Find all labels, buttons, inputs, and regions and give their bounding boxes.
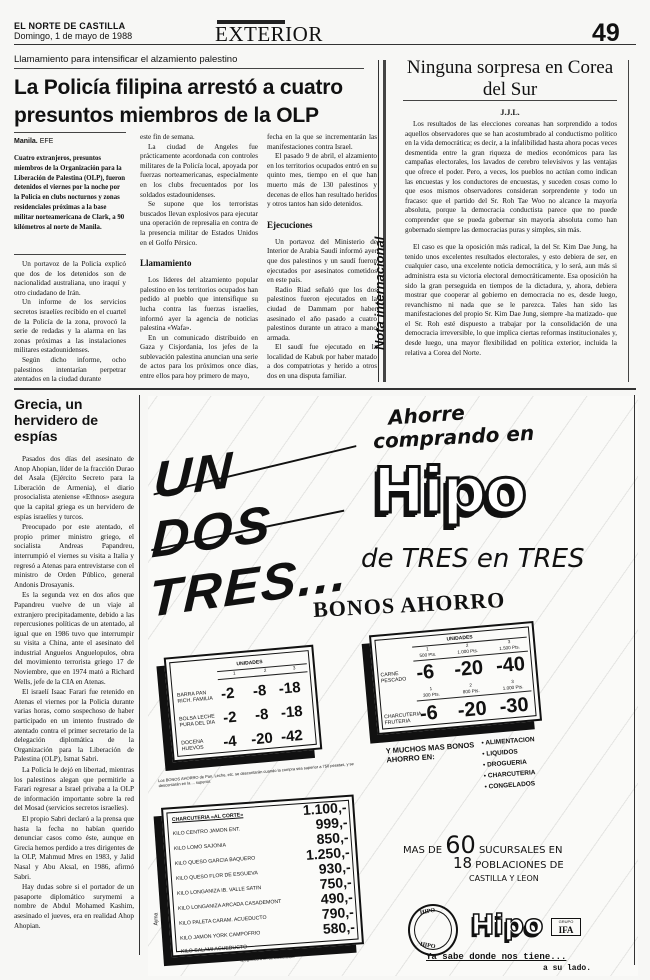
- card-value: -20: [453, 657, 484, 682]
- paragraph: La Policía le dejó en libertad, mientras…: [14, 766, 134, 814]
- lead-kicker: Llamamiento para intensificar el alzamie…: [14, 54, 237, 65]
- card-value: -20: [457, 697, 488, 722]
- ad-right-border: [634, 395, 635, 965]
- newspaper-name: EL NORTE DE CASTILLA: [14, 21, 125, 31]
- paragraph: El pasado 9 de abril, el alzamiento en l…: [267, 152, 377, 210]
- card-value: -8: [252, 682, 267, 700]
- ad-branches: MAS DE 60 SUCURSALES EN 18 POBLACIONES D…: [403, 839, 603, 885]
- category-item: CONGELADOS: [484, 778, 538, 793]
- grecia-headline: Grecia, un hervidero de espías: [14, 396, 134, 444]
- summary-rule: [14, 254, 126, 255]
- subhead-ejecuciones: Ejecuciones: [267, 220, 377, 230]
- nota-title: Ninguna sorpresa en Corea del Sur: [400, 57, 620, 101]
- charcuteria-price-list: CHARCUTERIA «AL CORTE» KILO CENTRO JAMON…: [161, 794, 364, 957]
- paragraph: Un portavoz de la Policía explicó que do…: [14, 260, 126, 298]
- card-value: -30: [499, 694, 530, 719]
- lead-column-3: fecha en la que se incrementarán las man…: [267, 133, 377, 382]
- paragraph: El caso es que la oposición más radical,…: [405, 243, 617, 358]
- paragraph: Según dicho informe, ocho palestinos int…: [14, 356, 126, 385]
- ad-artist-signature: Ayma: [153, 913, 159, 926]
- paragraph: Radio Riad señaló que los dos palestinos…: [267, 286, 377, 344]
- paragraph: Preocupado por este atentado, el propio …: [14, 523, 134, 590]
- section-divider: [14, 388, 636, 390]
- branches-text: SUCURSALES EN: [479, 845, 563, 856]
- nota-title-rule: [403, 100, 617, 101]
- nota-right-border: [628, 60, 629, 382]
- paragraph: En un comunicado distribuido en Gaza y C…: [140, 334, 258, 382]
- ad-muchos-mas: Y MUCHOS MAS BONOS AHORRO EN:: [385, 740, 486, 765]
- towns-text: POBLACIONES DE: [475, 860, 563, 871]
- nota-body: Los resultados de las elecciones coreana…: [405, 120, 617, 366]
- masthead-rule: [14, 44, 636, 45]
- grecia-body: Pasados dos días del asesinato de Anop A…: [14, 455, 134, 932]
- column-divider: [139, 395, 140, 955]
- paragraph: fecha en la que se incrementarán las man…: [267, 133, 377, 152]
- hipo-advertisement: UN DOS TRES... Ahorre comprando en Hipo …: [148, 396, 638, 976]
- paragraph: Hay dudas sobre si el portador de un pas…: [14, 883, 134, 931]
- lead-column-2: este fin de semana. La ciudad de Angeles…: [140, 133, 258, 382]
- card-value: -18: [280, 703, 303, 722]
- paragraph: Los líderes del alzamiento popular pales…: [140, 276, 258, 334]
- paragraph: este fin de semana.: [140, 133, 258, 143]
- bonos-card-fresh: UNIDADES 1 500 Pts. 2 1.000 Pts. 3 1.500…: [369, 621, 542, 735]
- paragraph: Se supone que los terroristas buscados l…: [140, 200, 258, 248]
- byline-agency: EFE: [40, 138, 54, 145]
- region-text: CASTILLA Y LEON: [403, 872, 603, 885]
- card-value: -18: [278, 679, 301, 698]
- grupo-ifa-badge: GRUPO IFA: [551, 918, 581, 936]
- paragraph: Un informe de los servicios secretos isr…: [14, 298, 126, 356]
- card-value: -6: [415, 661, 435, 685]
- byline-rule: [14, 132, 126, 133]
- card-row-label: DOCENA HUEVOS: [181, 739, 204, 753]
- card-value: -6: [419, 702, 439, 726]
- card-value: -42: [280, 727, 303, 746]
- paragraph: Un portavoz del Ministerio de Interior d…: [267, 238, 377, 286]
- card-value: -2: [222, 709, 237, 727]
- card-value: -8: [254, 706, 269, 724]
- issue-date: Domingo, 1 de mayo de 1988: [14, 31, 132, 41]
- item-price: 580,-: [322, 919, 355, 937]
- nota-label: Nota internacional: [372, 210, 387, 350]
- card-value: -20: [250, 730, 273, 749]
- ad-fineprint: Los BONOS AHORRO de Pan, Leche, etc. se …: [158, 760, 368, 788]
- paragraph: El israelí Isaac Farari fue retenido en …: [14, 688, 134, 765]
- towns-count: 18: [453, 854, 472, 872]
- bonos-card-basics: UNIDADES 1 2 3 BARRA PAN RICH. FAMILIA -…: [164, 645, 323, 763]
- ad-tres-en-tres: de TRES en TRES: [361, 544, 585, 574]
- nota-label-wrap: Nota internacional: [372, 210, 392, 350]
- card-value: -2: [220, 685, 235, 703]
- grupo-label: GRUPO: [559, 919, 574, 924]
- byline: Manila. EFE: [14, 138, 53, 145]
- paragraph: La ciudad de Angeles fue prácticamente a…: [140, 143, 258, 201]
- ad-tagline: Ya sabe donde nos tiene...: [426, 952, 566, 962]
- byline-place: Manila.: [14, 138, 38, 145]
- hipo-logo-small: Hipo: [471, 908, 543, 941]
- lead-summary: Cuatro extranjeros, presuntos miembros d…: [14, 154, 126, 232]
- paragraph: Los resultados de las elecciones coreana…: [405, 120, 617, 235]
- paragraph: Es la segunda vez en dos años que Papand…: [14, 591, 134, 687]
- grupo-name: IFA: [552, 925, 580, 935]
- hipo-logo-large: Hipo: [373, 458, 525, 524]
- lead-column-1: Un portavoz de la Policía explicó que do…: [14, 260, 126, 385]
- kicker-rule: [14, 68, 364, 69]
- ad-categories: ALIMENTACION LIQUIDOS DROGUERIA CHARCUTE…: [481, 734, 538, 793]
- paragraph: Pasados dos días del asesinato de Anop A…: [14, 455, 134, 522]
- card-value: -4: [223, 733, 238, 751]
- lead-headline: La Policía filipina arrestó a cuatro pre…: [14, 74, 364, 130]
- card-value: -40: [495, 653, 526, 678]
- branches-pre: MAS DE: [403, 845, 442, 856]
- card-row-label: CARNE PESCADO: [380, 670, 406, 684]
- paragraph: El propio Sabri declaró a la prensa que …: [14, 815, 134, 882]
- paragraph: El saudí fue ejecutado en la localidad d…: [267, 343, 377, 381]
- ad-tagline-2: a su lado.: [543, 964, 591, 973]
- subhead-llamamiento: Llamamiento: [140, 258, 258, 268]
- nota-author: J.J.L.: [400, 108, 620, 117]
